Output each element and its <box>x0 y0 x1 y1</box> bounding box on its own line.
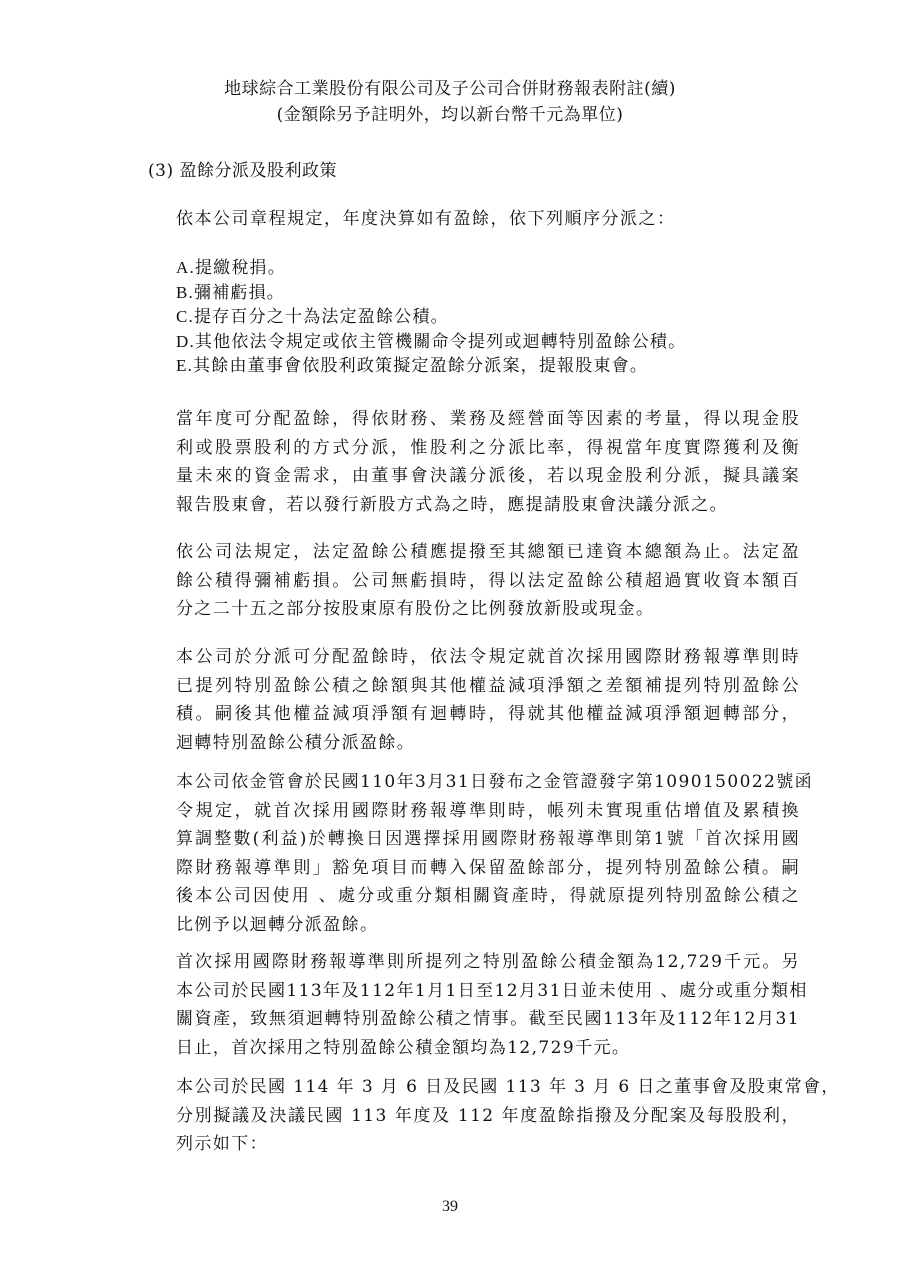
list-item-letter: B. <box>176 283 194 302</box>
paragraph-line: 本公司於分派可分配盈餘時，依法令規定就首次採用國際財務報導準則時 <box>176 643 800 672</box>
paragraph-line: 日止，首次採用之特別盈餘公積金額均為12,729千元。 <box>176 1034 800 1063</box>
paragraph-line: 列示如下： <box>176 1130 800 1159</box>
paragraph-line: 報告股東會，若以發行新股方式為之時，應提請股東會決議分派之。 <box>176 491 800 520</box>
list-item-letter: E. <box>176 356 193 375</box>
paragraph-line: 量未來的資金需求，由董事會決議分派後，若以現金股利分派，擬具議案 <box>176 462 800 491</box>
list-item-text: 彌補虧損。 <box>194 283 285 303</box>
paragraph-line: 關資產，致無須迴轉特別盈餘公積之情事。截至民國113年及112年12月31 <box>176 1005 800 1034</box>
paragraph-line: 首次採用國際財務報導準則所提列之特別盈餘公積金額為12,729千元。另 <box>176 948 800 977</box>
paragraph-line: 本公司於民國 114 年 3 月 6 日及民國 113 年 3 月 6 日之董事… <box>176 1073 800 1102</box>
paragraph-line: 際財務報導準則」豁免項目而轉入保留盈餘部分，提列特別盈餘公積。嗣 <box>176 854 800 883</box>
paragraph-line: 迴轉特別盈餘公積分派盈餘。 <box>176 729 800 758</box>
section-heading: (3) 盈餘分派及股利政策 <box>148 156 337 181</box>
list-item: E.其餘由董事會依股利政策擬定盈餘分派案，提報股東會。 <box>176 354 686 379</box>
list-item-text: 其餘由董事會依股利政策擬定盈餘分派案，提報股東會。 <box>193 356 648 376</box>
page-number: 39 <box>0 1198 900 1216</box>
fsc-ruling-paragraph: 本公司依金管會於民國110年3月31日發布之金管證發字第1090150022號函… <box>176 768 800 940</box>
paragraph-line: 餘公積得彌補虧損。公司無虧損時，得以法定盈餘公積超過實收資本額百 <box>176 567 800 596</box>
intro-paragraph: 依本公司章程規定，年度決算如有盈餘，依下列順序分派之： <box>176 204 676 229</box>
legal-reserve-paragraph: 依公司法規定，法定盈餘公積應提撥至其總額已達資本總額為止。法定盈 餘公積得彌補虧… <box>176 538 800 624</box>
paragraph-line: 積。嗣後其他權益減項淨額有迴轉時，得就其他權益減項淨額迴轉部分， <box>176 700 800 729</box>
list-item-text: 其他依法令規定或依主管機關命令提列或迴轉特別盈餘公積。 <box>195 332 686 352</box>
paragraph-line: 令規定，就首次採用國際財務報導準則時，帳列未實現重估增值及累積換 <box>176 797 800 826</box>
paragraph-line: 利或股票股利的方式分派，惟股利之分派比率，得視當年度實際獲利及衡 <box>176 434 800 463</box>
paragraph-line: 本公司於民國113年及112年1月1日至12月31日並未使用 、處分或重分類相 <box>176 977 800 1006</box>
board-resolution-paragraph: 本公司於民國 114 年 3 月 6 日及民國 113 年 3 月 6 日之董事… <box>176 1073 800 1159</box>
report-title: 地球綜合工業股份有限公司及子公司合併財務報表附註(續) <box>0 74 900 99</box>
special-reserve-amount-paragraph: 首次採用國際財務報導準則所提列之特別盈餘公積金額為12,729千元。另 本公司於… <box>176 948 800 1062</box>
document-page: 地球綜合工業股份有限公司及子公司合併財務報表附註(續) (金額除另予註明外，均以… <box>0 0 900 1273</box>
paragraph-line: 比例予以迴轉分派盈餘。 <box>176 911 800 940</box>
list-item-letter: C. <box>176 307 194 326</box>
distribution-order-list: A.提繳稅捐。 B.彌補虧損。 C.提存百分之十為法定盈餘公積。 D.其他依法令… <box>176 256 686 379</box>
list-item-letter: D. <box>176 332 195 351</box>
list-item: A.提繳稅捐。 <box>176 256 686 281</box>
list-item: C.提存百分之十為法定盈餘公積。 <box>176 305 686 330</box>
paragraph-line: 分別擬議及決議民國 113 年度及 112 年度盈餘指撥及分配案及每股股利， <box>176 1102 800 1131</box>
list-item: B.彌補虧損。 <box>176 281 686 306</box>
paragraph-line: 依公司法規定，法定盈餘公積應提撥至其總額已達資本總額為止。法定盈 <box>176 538 800 567</box>
paragraph-line: 已提列特別盈餘公積之餘額與其他權益減項淨額之差額補提列特別盈餘公 <box>176 672 800 701</box>
paragraph-line: 分之二十五之部分按股東原有股份之比例發放新股或現金。 <box>176 595 800 624</box>
list-item-text: 提繳稅捐。 <box>195 258 286 278</box>
list-item: D.其他依法令規定或依主管機關命令提列或迴轉特別盈餘公積。 <box>176 330 686 355</box>
report-subtitle: (金額除另予註明外，均以新台幣千元為單位) <box>0 100 900 125</box>
paragraph-line: 當年度可分配盈餘，得依財務、業務及經營面等因素的考量，得以現金股 <box>176 405 800 434</box>
paragraph-line: 後本公司因使用 、處分或重分類相關資產時，得就原提列特別盈餘公積之 <box>176 882 800 911</box>
dividend-policy-paragraph: 當年度可分配盈餘，得依財務、業務及經營面等因素的考量，得以現金股 利或股票股利的… <box>176 405 800 519</box>
paragraph-line: 本公司依金管會於民國110年3月31日發布之金管證發字第1090150022號函 <box>176 768 800 797</box>
list-item-text: 提存百分之十為法定盈餘公積。 <box>194 307 449 327</box>
paragraph-line: 算調整數(利益)於轉換日因選擇採用國際財務報導準則第1號「首次採用國 <box>176 825 800 854</box>
special-reserve-paragraph: 本公司於分派可分配盈餘時，依法令規定就首次採用國際財務報導準則時 已提列特別盈餘… <box>176 643 800 757</box>
list-item-letter: A. <box>176 258 195 277</box>
